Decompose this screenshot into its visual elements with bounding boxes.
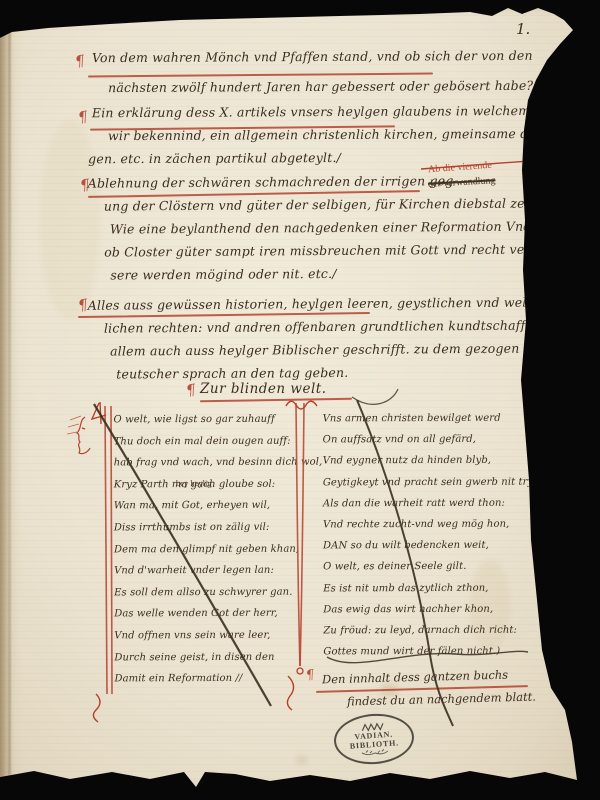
verse-line: Gottes mund wirt der fälen nicht.) bbox=[323, 641, 543, 663]
manuscript-page: 1. ¶ ¶ ¶ ¶ ¶ ¶ Von dem wahren Mönch vnd … bbox=[0, 0, 600, 800]
profile-face-doodle bbox=[67, 416, 90, 454]
manuscript-line: gen. etc. in zächen partikul abgeteylt./ bbox=[88, 145, 574, 171]
red-rule bbox=[105, 406, 107, 694]
verse-line: Geytigkeyt vnd pracht sein gwerb nit try… bbox=[323, 471, 543, 493]
binding-crease bbox=[8, 30, 11, 775]
verse-line: On auffsatz vnd on all gefärd, bbox=[323, 429, 543, 451]
verse-line: hab frag vnd wach, vnd besinn dich wol, bbox=[114, 452, 323, 474]
verse-line: Damit ein Reformation // bbox=[114, 668, 323, 690]
verse-line: DAN so du wilt bedencken weit, bbox=[323, 535, 543, 557]
manuscript-line: wir bekennind, ein allgemein christenlic… bbox=[92, 122, 574, 148]
poem-column-left: O welt, wie ligst so gar zuhauff Thu doc… bbox=[114, 409, 324, 690]
manuscript-line: Ein erklärung dess X. artikels vnsers he… bbox=[92, 99, 574, 125]
manuscript-line: allem auch auss heylger Biblischer gesch… bbox=[88, 336, 576, 362]
red-rule-top-mark bbox=[92, 402, 106, 424]
verse-line: Es soll dem allso zu schwyrer gan. bbox=[114, 581, 323, 603]
verse-line: Zu fröud: zu leyd, darnach dich richt: bbox=[323, 620, 543, 642]
verse-line: O welt, wie ligst so gar zuhauff bbox=[114, 409, 323, 431]
verse-line: Diss irrthumbs ist on zälig vil: bbox=[114, 517, 323, 539]
manuscript-line: ob Closter güter sampt iren missbreuchen… bbox=[88, 237, 568, 263]
red-rule bbox=[111, 406, 112, 694]
verse-line: Als dan die warheit ratt werd thon: bbox=[323, 492, 543, 514]
poem-column-right: Vns armen christen bewilget werd On auff… bbox=[323, 408, 544, 663]
folio-number: 1. bbox=[516, 20, 530, 38]
red-underline bbox=[200, 398, 352, 403]
photo-backdrop: 1. ¶ ¶ ¶ ¶ ¶ ¶ Von dem wahren Mönch vnd … bbox=[0, 0, 600, 800]
manuscript-line: lichen rechten: vnd andren offenbaren gr… bbox=[88, 313, 576, 339]
closing-note-line: findest du an nachgendem blatt. bbox=[347, 690, 536, 709]
manuscript-line: Wie eine beylanthend den nachgedenken ei… bbox=[88, 214, 568, 240]
verse-line: Das ewig das wirt nachher khon, bbox=[323, 598, 543, 620]
verse-line: Vnd rechte zucht-vnd weg mög hon, bbox=[323, 514, 543, 536]
verse-line: Thu doch ein mal dein ougen auff: bbox=[114, 430, 323, 452]
manuscript-line: ung der Clöstern vnd güter der selbigen,… bbox=[88, 191, 568, 217]
title-paragraph-1: Von dem wahren Mönch vnd Pfaffen stand, … bbox=[92, 41, 534, 103]
verse-line: Kryz Parth ma gach gloube sol: bbox=[114, 473, 323, 495]
verse-line: Vnd eygner nutz da hinden blyb, bbox=[323, 450, 543, 472]
manuscript-line: Von dem wahren Mönch vnd Pfaffen stand, … bbox=[92, 41, 533, 73]
verse-line: O welt, es deiner Seele gilt. bbox=[323, 556, 543, 578]
foxing-spot bbox=[296, 756, 308, 764]
title-paragraph-2: Ein erklärung dess X. artikels vnsers he… bbox=[92, 99, 574, 171]
red-tassel bbox=[93, 694, 100, 722]
verse-line: Vns armen christen bewilget werd bbox=[323, 408, 543, 430]
interlinear-insertion: bey heylig bbox=[176, 478, 212, 488]
manuscript-line: teutscher sprach an den tag geben. bbox=[88, 359, 576, 385]
poem-heading: Zur blinden welt. bbox=[200, 381, 327, 397]
verse-line: Vnd offnen vns sein ware leer, bbox=[114, 625, 323, 647]
verse-line: Durch seine geist, in disen den bbox=[114, 646, 323, 668]
verse-line: Dem ma den glimpf nit geben khan, bbox=[114, 538, 323, 560]
heading-flourish bbox=[352, 389, 398, 404]
paragraph-mark-icon: ¶ bbox=[77, 107, 89, 126]
paragraph-mark-icon: ¶ bbox=[74, 51, 86, 70]
verse-line: Wan ma, mit Got, erheyen wil, bbox=[114, 495, 323, 517]
manuscript-line: Alles auss gewüssen historien, heylgen l… bbox=[88, 290, 576, 316]
verse-line: Das welle wenden Got der herr, bbox=[114, 603, 323, 625]
library-stamp: VADIAN. BIBLIOTH. bbox=[332, 711, 415, 766]
title-paragraph-4: Alles auss gewüssen historien, heylgen l… bbox=[88, 290, 577, 385]
closing-note-line: Den innhalt dess gantzen buchs bbox=[322, 668, 508, 687]
manuscript-line: sere werden mögind oder nit. etc./ bbox=[88, 260, 568, 286]
stamp-laurel-icon bbox=[360, 747, 390, 756]
verse-line: Es ist nit umb das zytlich zthon, bbox=[323, 577, 543, 599]
title-paragraph-3: Ablehnung der schwären schmachreden der … bbox=[88, 168, 568, 286]
verse-line: Vnd d'warheit vnder legen lan: bbox=[114, 560, 323, 582]
